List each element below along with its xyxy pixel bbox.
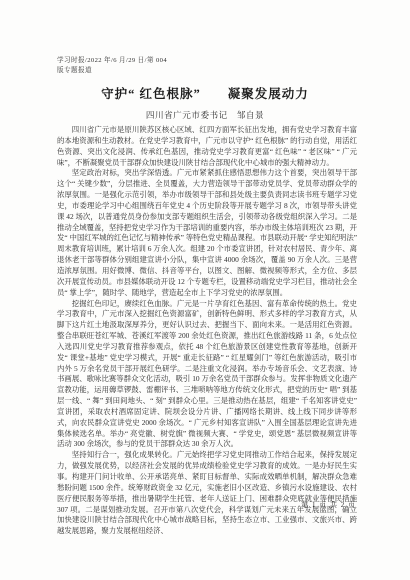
- journal-meta-line1: 学习时报/2022 年/6 月/29 日/第 004: [57, 56, 167, 66]
- journal-meta-line2: 版专题报道: [57, 66, 167, 76]
- paragraph-red-heritage: 挖掘红色印记，赓续红色血脉。广元是一片孕育红色基因、富有革命传统的热土。党史学习…: [57, 299, 357, 451]
- paragraph-results: 坚持知行合一，强化成果转化。广元始终把学习党史同推动工作结合起来，保持发展定力，…: [57, 450, 357, 537]
- journal-meta: 学习时报/2022 年/6 月/29 日/第 004 版专题报道: [57, 56, 167, 75]
- article-title: 守护“ 红色根脉” 凝聚发展动力: [0, 84, 410, 102]
- article-byline: 四川省广元市委书记 邹自景: [0, 109, 410, 121]
- article-body: 四川省广元市是原川陕苏区核心区域、红四方面军长征出发地，拥有党史学习教育丰富的本…: [57, 125, 357, 537]
- paragraph-intro: 四川省广元市是原川陕苏区核心区域、红四方面军长征出发地，拥有党史学习教育丰富的本…: [57, 125, 357, 168]
- document-page: 学习时报/2022 年/6 月/29 日/第 004 版专题报道 守护“ 红色根…: [0, 0, 410, 580]
- page-number: 第 1 页 共 2 页: [301, 500, 356, 510]
- paragraph-political-alignment: 坚定政治对标，突出学深悟透。广元市紧紧抓住感悟思想伟力这个首要，突出领导干部这个…: [57, 168, 357, 298]
